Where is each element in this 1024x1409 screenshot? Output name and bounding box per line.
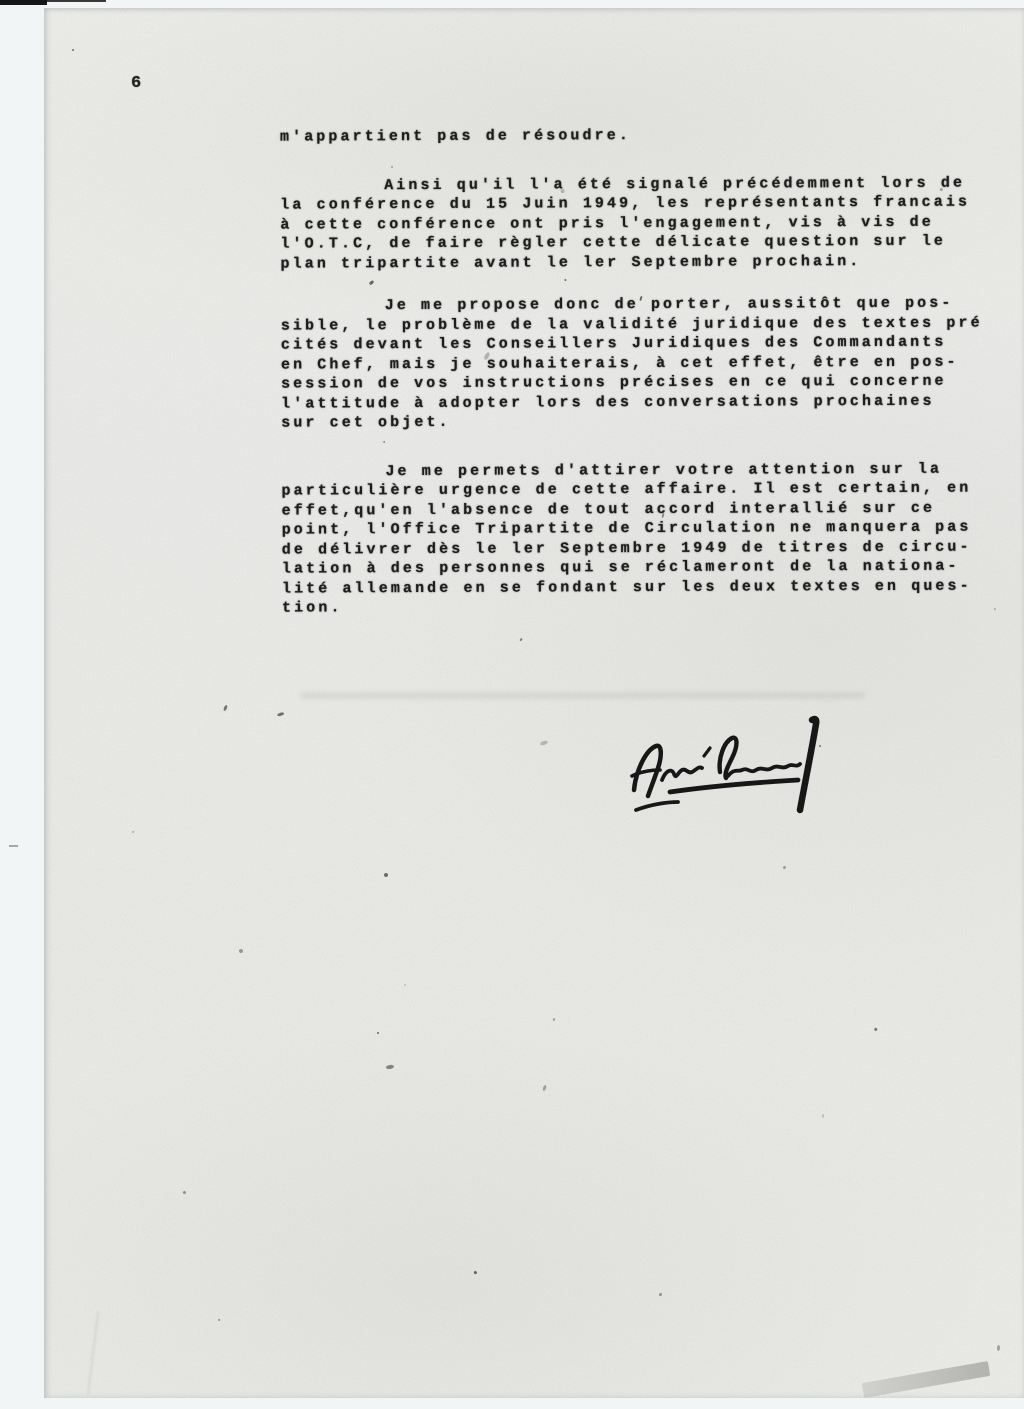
paragraph: Ainsi qu'il l'a été signalé précédemment…	[280, 173, 1020, 274]
scan-artifact-top-left	[0, 0, 47, 5]
scanned-letter-page: 6 m'appartient pas de résoudre. Ainsi qu…	[0, 0, 1024, 1409]
text-line: particulière urgence de cette affaire. I…	[281, 478, 1021, 501]
text-line: cités devant les Conseillers Juridiques …	[281, 332, 1021, 355]
text-line: l'attitude à adopter lors des conversati…	[281, 391, 1021, 414]
handwritten-signature	[616, 714, 848, 822]
speck	[238, 948, 243, 953]
margin-mark	[9, 845, 18, 847]
text-line: m'appartient pas de résoudre.	[280, 124, 1020, 147]
text-line: lité allemande en se fondant sur les deu…	[282, 576, 1022, 599]
text-line: l'O.T.C, de faire règler cette délicate …	[280, 231, 1020, 254]
paragraph: Je me permets d'attirer votre attention …	[281, 459, 1022, 618]
letter-body: m'appartient pas de résoudre. Ainsi qu'i…	[280, 124, 1022, 618]
text-line: plan tripartite avant le ler Septembre p…	[280, 251, 1020, 274]
paragraph: Je me propose donc de porter, aussitôt q…	[281, 293, 1022, 433]
smudge-mark	[300, 692, 865, 699]
text-line: Je me propose donc de porter, aussitôt q…	[281, 293, 1021, 316]
page-number: 6	[131, 74, 141, 93]
text-line: tion.	[282, 595, 1022, 618]
text-line: point, l'Office Tripartite de Circulatio…	[282, 517, 1022, 540]
signature-strokes	[616, 714, 848, 822]
speck	[383, 872, 388, 877]
text-line: session de vos instructions précises en …	[281, 371, 1021, 394]
speck	[659, 1292, 662, 1295]
text-line: lation à des personnes qui se réclameron…	[282, 556, 1022, 579]
text-line: la conférence du 15 Juin 1949, les repré…	[280, 192, 1020, 215]
text-line: sur cet objet.	[281, 410, 1021, 433]
